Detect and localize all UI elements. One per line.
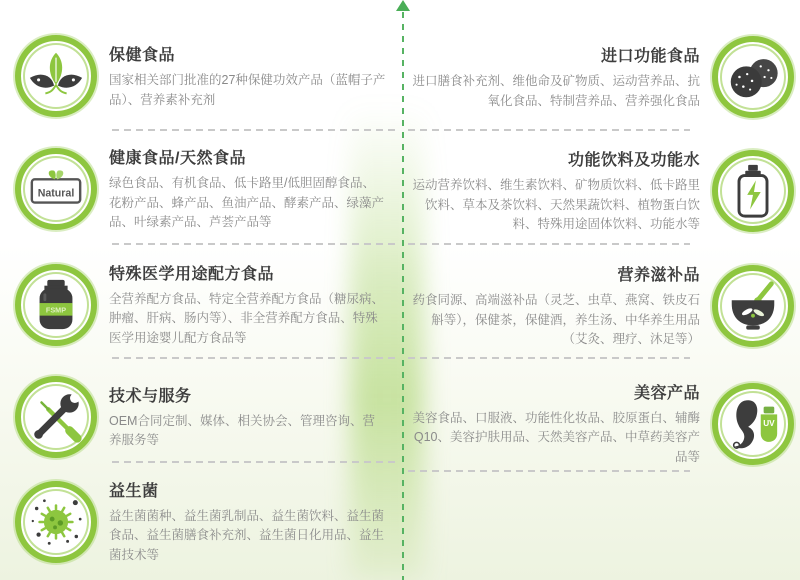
category-description: 运动营养饮料、维生素饮料、矿物质饮料、低卡路里饮料、草本及茶饮料、天然果蔬饮料、… <box>412 176 700 234</box>
row-nutrition-tonics: 营养滋补品 药食同源、高端滋补品（灵芝、虫草、燕窝、铁皮石斛等），保健茶，保健酒… <box>400 244 800 358</box>
row-functional-drinks: 功能饮料及功能水 运动营养饮料、维生素饮料、矿物质饮料、低卡路里饮料、草本及茶饮… <box>400 130 800 244</box>
natural-badge-icon: Natural <box>15 148 97 230</box>
category-title: 保健食品 <box>109 42 387 65</box>
category-description: 美容食品、口服液、功能性化妆品、胶原蛋白、辅酶Q10、美容护肤用品、天然美容产品… <box>412 409 700 467</box>
fsmp-jar-icon: FSMP <box>15 264 97 346</box>
beauty-uv-icon: UV <box>712 383 794 465</box>
row-health-food: 保健食品 国家相关部门批准的27种保健功效产品（蓝帽子产品）、营养素补充剂 <box>0 0 400 130</box>
uv-tube-label: UV <box>763 418 775 427</box>
category-description: OEM合同定制、媒体、相关协会、管理咨询、营养服务等 <box>109 412 387 451</box>
category-title: 功能饮料及功能水 <box>412 147 700 170</box>
row-empty <box>400 463 800 580</box>
row-fsmp-food: FSMP 特殊医学用途配方食品 全营养配方食品、特定全营养配方食品（糖尿病、肿瘤… <box>0 244 400 358</box>
category-title: 技术与服务 <box>109 383 387 406</box>
category-title: 特殊医学用途配方食品 <box>109 261 387 284</box>
right-column: 进口功能食品 进口膳食补充剂、维他命及矿物质、运动营养品、抗氧化食品、特制营养品… <box>400 0 800 580</box>
mortar-pestle-icon <box>712 265 794 347</box>
category-description: 国家相关部门批准的27种保健功效产品（蓝帽子产品）、营养素补充剂 <box>109 71 387 110</box>
category-title: 健康食品/天然食品 <box>109 145 387 168</box>
probiotics-microbe-icon <box>15 481 97 563</box>
natural-badge-label: Natural <box>38 187 75 199</box>
category-title: 进口功能食品 <box>412 43 700 66</box>
category-description: 进口膳食补充剂、维他命及矿物质、运动营养品、抗氧化食品、特制营养品、营养强化食品 <box>412 72 700 111</box>
left-column: 保健食品 国家相关部门批准的27种保健功效产品（蓝帽子产品）、营养素补充剂 Na… <box>0 0 400 580</box>
fsmp-jar-label: FSMP <box>46 305 66 314</box>
row-beauty-products: 美容产品 美容食品、口服液、功能性化妆品、胶原蛋白、辅酶Q10、美容护肤用品、天… <box>400 358 800 463</box>
row-imported-functional-food: 进口功能食品 进口膳食补充剂、维他命及矿物质、运动营养品、抗氧化食品、特制营养品… <box>400 0 800 130</box>
infographic-canvas: 保健食品 国家相关部门批准的27种保健功效产品（蓝帽子产品）、营养素补充剂 Na… <box>0 0 800 580</box>
row-natural-food: Natural 健康食品/天然食品 绿色食品、有机食品、低卡路里/低胆固醇食品、… <box>0 130 400 244</box>
category-description: 益生菌菌种、益生菌乳制品、益生菌饮料、益生菌食品、益生菌膳食补充剂、益生菌日化用… <box>109 507 387 565</box>
category-title: 美容产品 <box>412 380 700 403</box>
category-description: 全营养配方食品、特定全营养配方食品（糖尿病、肿瘤、肝病、肠内等）、非全营养配方食… <box>109 290 387 348</box>
category-title: 营养滋补品 <box>412 262 700 285</box>
plant-leaves-icon <box>15 35 97 117</box>
wrench-screwdriver-icon <box>15 376 97 458</box>
cookies-icon <box>712 36 794 118</box>
category-description: 药食同源、高端滋补品（灵芝、虫草、燕窝、铁皮石斛等），保健茶，保健酒，养生汤、中… <box>412 291 700 349</box>
row-tech-services: 技术与服务 OEM合同定制、媒体、相关协会、管理咨询、营养服务等 <box>0 358 400 463</box>
energy-bottle-icon <box>712 150 794 232</box>
category-title: 益生菌 <box>109 478 387 501</box>
category-description: 绿色食品、有机食品、低卡路里/低胆固醇食品、花粉产品、蜂产品、鱼油产品、酵素产品… <box>109 174 387 232</box>
row-probiotics: 益生菌 益生菌菌种、益生菌乳制品、益生菌饮料、益生菌食品、益生菌膳食补充剂、益生… <box>0 463 400 580</box>
